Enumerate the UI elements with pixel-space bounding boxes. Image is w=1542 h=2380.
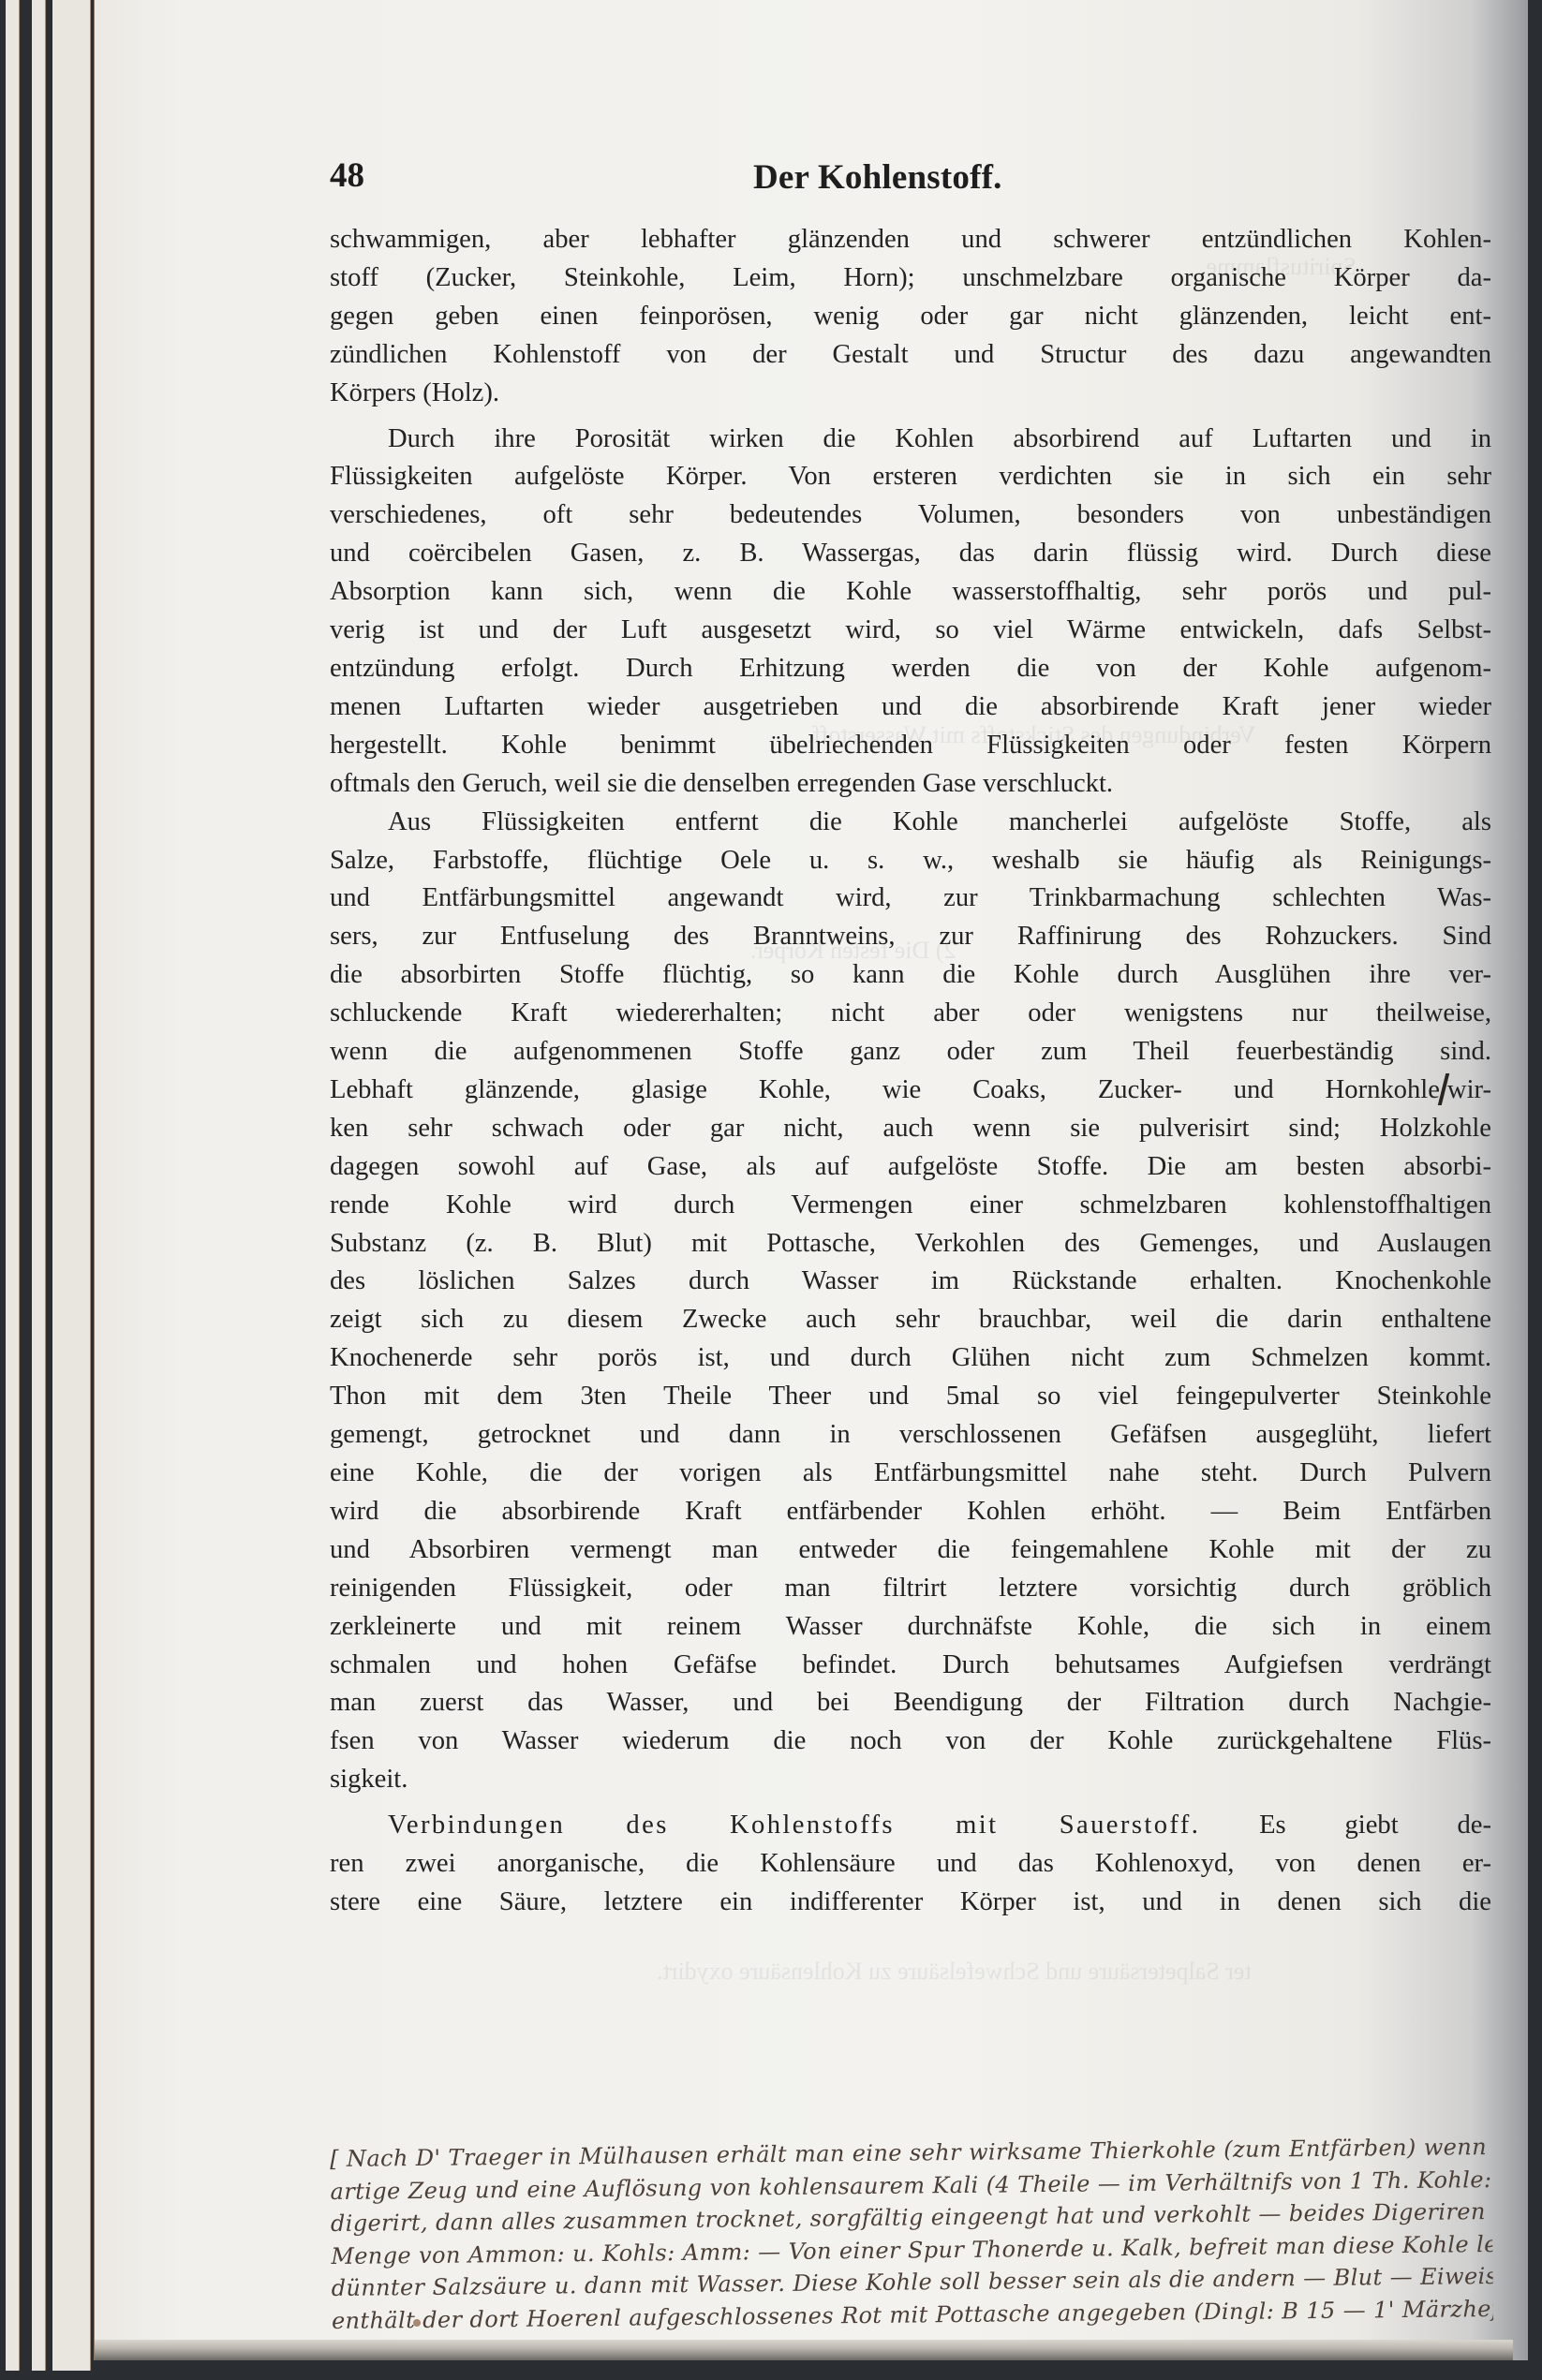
text-line: zündlichen Kohlenstoff von der Gestalt u… [330, 336, 1491, 375]
text-line-with-mark: Lebhaft glänzende, glasige Kohle, wie Co… [330, 1072, 1491, 1110]
text-line: menen Luftarten wieder ausgetrieben und … [330, 688, 1491, 727]
text-line: ken sehr schwach oder gar nicht, auch we… [330, 1110, 1491, 1148]
text-line: gemengt, getrocknet und dann in verschlo… [330, 1416, 1491, 1455]
text-line: entzündung erfolgt. Durch Erhitzung werd… [330, 650, 1491, 688]
text-line: und Entfärbungsmittel angewandt wird, zu… [330, 880, 1491, 918]
text-line: man zuerst das Wasser, und bei Beendigun… [330, 1684, 1491, 1722]
show-through-text: ter Salpetersäure und Schwefelsäure zu K… [657, 1958, 1252, 1986]
page-stack-edge [52, 0, 91, 2371]
page-stack-edge [32, 0, 46, 2371]
text-line: des löslichen Salzes durch Wasser im Rüc… [330, 1263, 1491, 1301]
text-line: verschiedenes, oft sehr bedeutendes Volu… [330, 496, 1491, 535]
text-line: dagegen sowohl auf Gase, als auf aufgelö… [330, 1148, 1491, 1187]
handwritten-annotation: [ Nach D' Traeger in Mülhausen erhält ma… [330, 2131, 1493, 2337]
text-line: Flüssigkeiten aufgelöste Körper. Von ers… [330, 458, 1491, 496]
text-line: hergestellt. Kohle benimmt übelriechende… [330, 727, 1491, 765]
text-line: reinigenden Flüssigkeit, oder man filtri… [330, 1570, 1491, 1608]
text-line: sigkeit. [330, 1761, 1491, 1799]
page-header: 48 Der Kohlenstoff. [330, 155, 1484, 202]
text-line: stere eine Säure, letztere ein indiffere… [330, 1884, 1491, 1922]
text-line: die absorbirten Stoffe flüchtig, so kann… [330, 956, 1491, 995]
text-line: gegen geben einen feinporösen, wenig ode… [330, 298, 1491, 336]
running-head: Der Kohlenstoff. [753, 157, 1002, 198]
text-line: wird die absorbirende Kraft entfärbender… [330, 1493, 1491, 1531]
text-line: Absorption kann sich, wenn die Kohle was… [330, 573, 1491, 612]
body-text: schwammigen, aber lebhafter glänzenden u… [330, 221, 1491, 1922]
text-line: verig ist und der Luft ausgesetzt wird, … [330, 612, 1491, 650]
page-bottom-edge [95, 2340, 1513, 2360]
section-heading: Verbindungen des Kohlenstoffs mit Sauers… [388, 1811, 1200, 1840]
text-line: Knochenerde sehr porös ist, und durch Gl… [330, 1339, 1491, 1378]
text-line: rende Kohle wird durch Vermengen einer s… [330, 1187, 1491, 1225]
text-line: stoff (Zucker, Steinkohle, Leim, Horn); … [330, 259, 1491, 298]
text-line: Salze, Farbstoffe, flüchtige Oele u. s. … [330, 842, 1491, 880]
text-line: ren zwei anorganische, die Kohlensäure u… [330, 1845, 1491, 1884]
text-line: wenn die aufgenommenen Stoffe ganz oder … [330, 1033, 1491, 1072]
text-line: zerkleinerte und mit reinem Wasser durch… [330, 1608, 1491, 1647]
text-line: Substanz (z. B. Blut) mit Pottasche, Ver… [330, 1225, 1491, 1264]
text-line: zeigt sich zu diesem Zwecke auch sehr br… [330, 1301, 1491, 1339]
page-number: 48 [330, 155, 364, 196]
text-line: sers, zur Entfuselung des Branntweins, z… [330, 918, 1491, 956]
text-line: und coërcibelen Gasen, z. B. Wassergas, … [330, 535, 1491, 573]
text-line: schmalen und hohen Gefäfse befindet. Dur… [330, 1647, 1491, 1685]
text-line: und Absorbiren vermengt man entweder die… [330, 1531, 1491, 1570]
text-fragment: Lebhaft glänzende, glasige Kohle, wie Co… [330, 1075, 1440, 1104]
page-stack-edge [6, 0, 20, 2371]
text-fragment: wir- [1447, 1075, 1491, 1104]
text-fragment: Es giebt de- [1200, 1811, 1491, 1840]
text-line: fsen von Wasser wiederum die noch von de… [330, 1722, 1491, 1761]
paragraph-start: Durch ihre Porosität wirken die Kohlen a… [330, 421, 1491, 459]
text-line: schluckende Kraft wiedererhalten; nicht … [330, 995, 1491, 1033]
text-line: schwammigen, aber lebhafter glänzenden u… [330, 221, 1491, 259]
text-line: eine Kohle, die der vorigen als Entfärbu… [330, 1455, 1491, 1493]
text-line: Körpers (Holz). [330, 375, 1491, 413]
paragraph-start: Aus Flüssigkeiten entfernt die Kohle man… [330, 804, 1491, 842]
text-line: Thon mit dem 3ten Theile Theer und 5mal … [330, 1378, 1491, 1416]
section-paragraph-start: Verbindungen des Kohlenstoffs mit Sauers… [330, 1807, 1491, 1845]
text-line: oftmals den Geruch, weil sie die denselb… [330, 765, 1491, 804]
